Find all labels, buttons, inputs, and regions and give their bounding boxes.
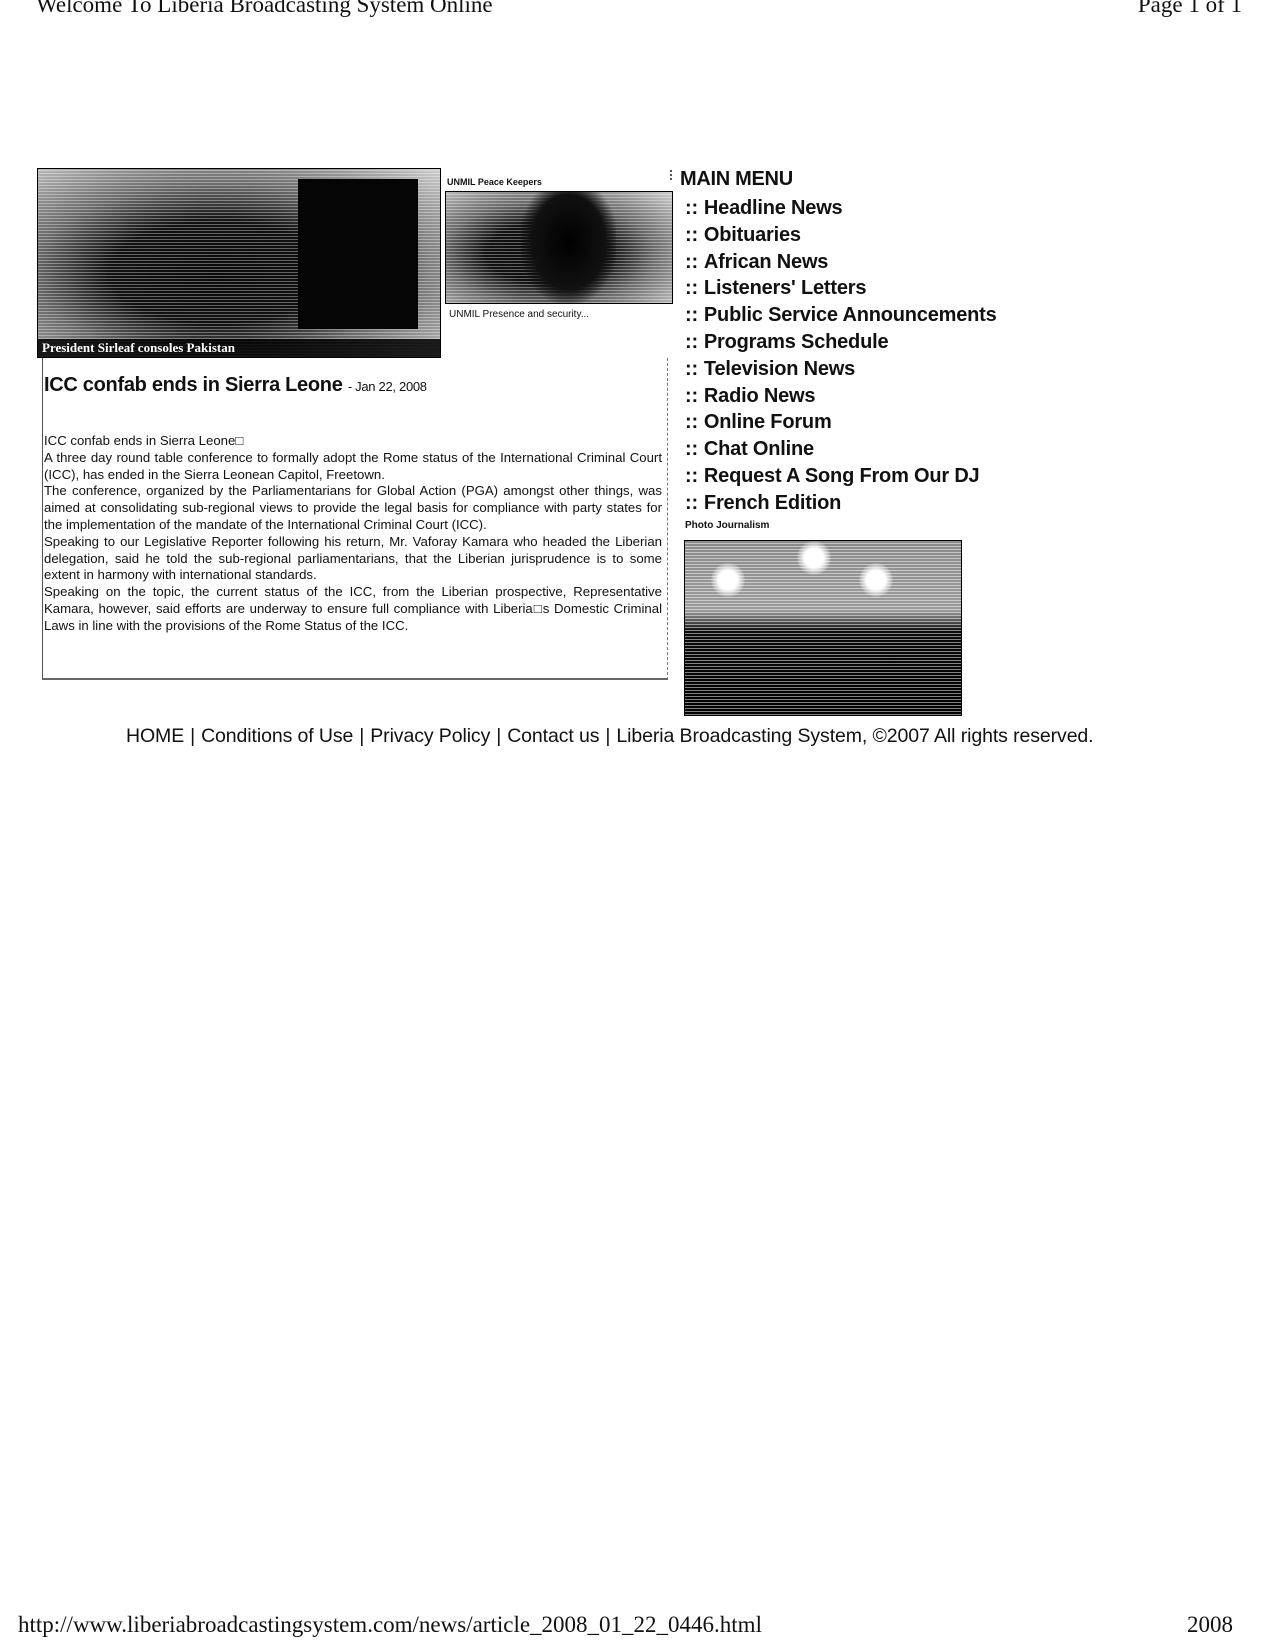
menu-separator: :: — [685, 411, 698, 433]
article-date: - Jan 22, 2008 — [348, 379, 427, 394]
print-header-page: Page 1 of 1 — [1138, 0, 1242, 18]
menu-item-request-a-song[interactable]: ::Request A Song From Our DJ — [685, 463, 997, 490]
menu-item-african-news[interactable]: ::African News — [685, 249, 997, 276]
menu-separator: :: — [685, 304, 698, 326]
menu-item-label: Chat Online — [704, 438, 814, 460]
article-paragraph: Speaking to our Legislative Reporter fol… — [44, 534, 662, 584]
footer-link-conditions-of-use[interactable]: Conditions of Use — [201, 725, 353, 747]
menu-separator: :: — [685, 277, 698, 299]
menu-item-label: Online Forum — [704, 411, 832, 433]
stage-light — [859, 563, 893, 597]
menu-marker-icon — [670, 170, 674, 180]
article-paragraph: ICC confab ends in Sierra Leone□ — [44, 433, 662, 450]
article-body: ICC confab ends in Sierra Leone□ A three… — [44, 433, 662, 635]
footer-separator: | — [359, 725, 364, 747]
headline-photo-caption: President Sirleaf consoles Pakistan — [38, 339, 441, 357]
menu-separator: :: — [685, 385, 698, 407]
menu-separator: :: — [685, 465, 698, 487]
menu-separator: :: — [685, 358, 698, 380]
footer-link-home[interactable]: HOME — [126, 725, 184, 747]
menu-item-public-service-announcements[interactable]: ::Public Service Announcements — [685, 302, 997, 329]
menu-item-headline-news[interactable]: ::Headline News — [685, 195, 997, 222]
menu-item-label: Headline News — [704, 197, 843, 219]
photo-journalism-image[interactable] — [684, 540, 962, 716]
menu-separator: :: — [685, 224, 698, 246]
footer-link-privacy-policy[interactable]: Privacy Policy — [370, 725, 490, 747]
photo-journalism-title: Photo Journalism — [685, 520, 769, 531]
menu-separator: :: — [685, 331, 698, 353]
photo-figure — [521, 192, 616, 303]
menu-item-obituaries[interactable]: ::Obituaries — [685, 222, 997, 249]
menu-separator: :: — [685, 251, 698, 273]
main-menu-title: MAIN MENU — [680, 168, 793, 191]
menu-item-television-news[interactable]: ::Television News — [685, 356, 997, 383]
menu-item-label: African News — [704, 251, 828, 273]
unmil-photo[interactable] — [445, 191, 673, 304]
menu-item-french-edition[interactable]: ::French Edition — [685, 490, 997, 517]
menu-item-label: Programs Schedule — [704, 331, 888, 353]
headline-photo[interactable]: President Sirleaf consoles Pakistan — [37, 168, 441, 358]
menu-item-label: Request A Song From Our DJ — [704, 465, 980, 487]
menu-separator: :: — [685, 438, 698, 460]
main-menu: ::Headline News ::Obituaries ::African N… — [685, 195, 997, 517]
footer-separator: | — [605, 725, 610, 747]
site-footer: HOME|Conditions of Use|Privacy Policy|Co… — [126, 725, 1094, 748]
menu-item-label: Obituaries — [704, 224, 801, 246]
menu-item-label: French Edition — [704, 492, 841, 514]
menu-item-label: Listeners' Letters — [704, 277, 866, 299]
menu-item-online-forum[interactable]: ::Online Forum — [685, 409, 997, 436]
menu-separator: :: — [685, 492, 698, 514]
print-footer-date: 2008 — [1187, 1612, 1233, 1638]
print-footer-url: http://www.liberiabroadcastingsystem.com… — [18, 1612, 762, 1638]
article-title-text: ICC confab ends in Sierra Leone — [44, 374, 343, 396]
menu-item-chat-online[interactable]: ::Chat Online — [685, 436, 997, 463]
footer-copyright: Liberia Broadcasting System, ©2007 All r… — [616, 725, 1093, 747]
menu-item-listeners-letters[interactable]: ::Listeners' Letters — [685, 275, 997, 302]
footer-separator: | — [190, 725, 195, 747]
article-paragraph: A three day round table conference to fo… — [44, 450, 662, 484]
article-title: ICC confab ends in Sierra Leone - Jan 22… — [44, 374, 427, 397]
article-paragraph: The conference, organized by the Parliam… — [44, 483, 662, 533]
footer-link-contact-us[interactable]: Contact us — [507, 725, 599, 747]
article-paragraph: Speaking on the topic, the current statu… — [44, 584, 662, 634]
menu-item-label: Television News — [704, 358, 855, 380]
menu-item-radio-news[interactable]: ::Radio News — [685, 383, 997, 410]
unmil-photo-caption[interactable]: UNMIL Presence and security... — [449, 309, 589, 320]
menu-item-label: Radio News — [704, 385, 815, 407]
footer-separator: | — [496, 725, 501, 747]
menu-item-label: Public Service Announcements — [704, 304, 997, 326]
stage-light — [797, 541, 831, 575]
unmil-photo-title: UNMIL Peace Keepers — [447, 177, 542, 187]
photo-shadow — [298, 179, 418, 329]
stage-light — [711, 563, 745, 597]
menu-separator: :: — [685, 197, 698, 219]
print-header-title: Welcome To Liberia Broadcasting System O… — [36, 0, 493, 18]
menu-item-programs-schedule[interactable]: ::Programs Schedule — [685, 329, 997, 356]
